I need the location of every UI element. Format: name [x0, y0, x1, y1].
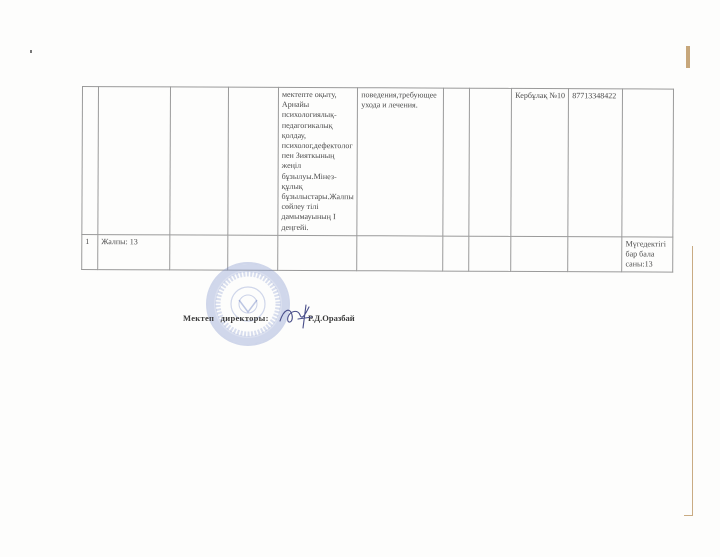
condition-cell: поведения,требующее ухода и лечения. [357, 88, 444, 236]
table-cell [469, 88, 512, 236]
table-row-total: 1 Жалпы: 13 Мүгедектігі бар бала саны:13 [82, 234, 673, 272]
data-table: мектепте оқыту, Арнайы психологиялық-пед… [81, 86, 674, 273]
director-signature-block: Мектеп директоры: Р.Д.Оразбай [183, 313, 269, 323]
table-cell [357, 236, 443, 272]
address-cell: Кербұлақ №10 [511, 88, 569, 236]
table-cell [82, 87, 99, 235]
diagnosis-cell: мектепте оқыту, Арнайы психологиялық-пед… [278, 87, 358, 235]
table-cell [278, 235, 357, 271]
phone-cell: 87713348422 [568, 89, 623, 237]
table-cell [443, 236, 469, 272]
scan-artifact-mark [686, 46, 690, 68]
disabled-children-count-cell: Мүгедектігі бар бала саны:13 [622, 237, 673, 273]
handwritten-signature-icon [276, 303, 316, 329]
table-cell [568, 236, 622, 272]
table-cell [622, 89, 674, 237]
scanned-page: мектепте оқыту, Арнайы психологиялық-пед… [0, 0, 720, 557]
table-cell [443, 88, 470, 236]
table-cell [170, 87, 229, 235]
table-cell [511, 236, 568, 272]
table-row: мектепте оқыту, Арнайы психологиялық-пед… [82, 87, 674, 237]
table-cell [228, 87, 279, 235]
table-cell [98, 87, 171, 235]
total-cell: Жалпы: 13 [98, 234, 170, 270]
scan-artifact-line-foot [684, 515, 693, 516]
scan-artifact-line [692, 246, 693, 516]
scan-artifact-dot [30, 50, 32, 53]
row-number-cell: 1 [82, 234, 98, 270]
table-cell [469, 236, 511, 272]
director-label: Мектеп директоры: [183, 313, 269, 323]
